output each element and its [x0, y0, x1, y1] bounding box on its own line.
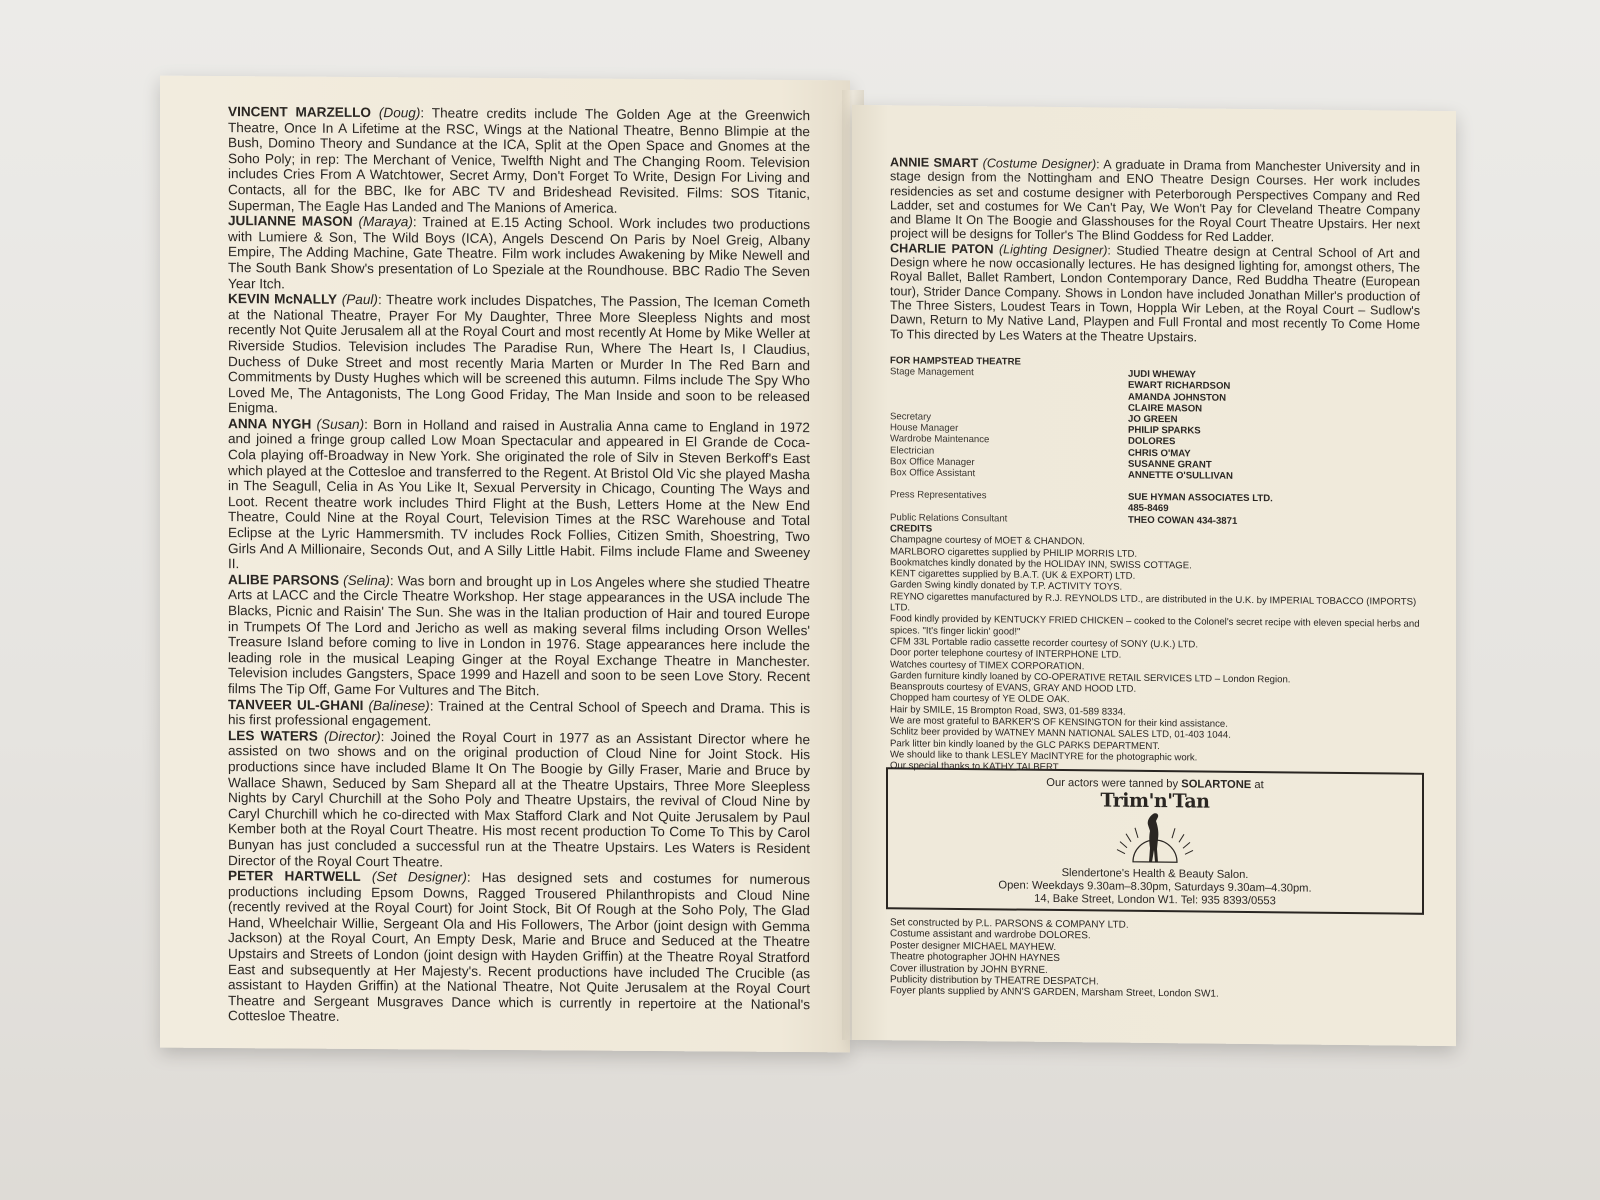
sunbather-sunrise-icon: [1115, 810, 1195, 865]
staff-name: THEO COWAN 434-3871: [1128, 514, 1237, 526]
bio-anna-nygh: ANNA NYGH (Susan): Born in Holland and r…: [228, 416, 810, 576]
bio-les-waters: LES WATERS (Director): Joined the Royal …: [228, 728, 810, 872]
cast-bios: VINCENT MARZELLO (Doug): Theatre credits…: [228, 104, 810, 1028]
bio-annie-smart: ANNIE SMART (Costume Designer): A gradua…: [890, 155, 1420, 246]
staff-name: JUDI WHEWAY: [1128, 369, 1196, 381]
credit-lines: Champagne courtesy of MOET & CHANDON.MAR…: [890, 535, 1420, 778]
bio-kevin-mcnally: KEVIN McNALLY (Paul): Theatre work inclu…: [228, 291, 810, 420]
bio-vincent-marzello: VINCENT MARZELLO (Doug): Theatre credits…: [228, 104, 810, 217]
bio-julianne-mason: JULIANNE MASON (Maraya): Trained at E.15…: [228, 213, 810, 295]
credits-list: CREDITS Champagne courtesy of MOET & CHA…: [890, 523, 1420, 777]
bio-charlie-paton: CHARLIE PATON (Lighting Designer): Studi…: [890, 241, 1420, 347]
footer-credits: Set constructed by P.L. PARSONS & COMPAN…: [890, 917, 1420, 1002]
bio-tanveer-ul-ghani: TANVEER UL-GHANI (Balinese): Trained at …: [228, 697, 810, 732]
left-page: VINCENT MARZELLO (Doug): Theatre credits…: [160, 76, 850, 1053]
right-page: ANNIE SMART (Costume Designer): A gradua…: [852, 105, 1456, 1046]
staff-name: CLAIRE MASON: [1128, 403, 1202, 415]
staff-name: PHILIP SPARKS: [1128, 425, 1201, 437]
staff-name: JO GREEN: [1128, 414, 1178, 426]
staff-name: ANNETTE O'SULLIVAN: [1128, 470, 1233, 482]
crew-bios: ANNIE SMART (Costume Designer): A gradua…: [890, 155, 1420, 346]
staff-name: 485-8469: [1128, 503, 1169, 515]
ad-brand: Trim'n'Tan: [888, 792, 1422, 811]
staff-name: DOLORES: [1128, 436, 1175, 448]
theatre-staff-list: FOR HAMPSTEAD THEATRE Stage ManagementJU…: [890, 355, 1420, 528]
bio-alibe-parsons: ALIBE PARSONS (Selina): Was born and bro…: [228, 572, 810, 701]
solartone-advert: Our actors were tanned by SOLARTONE at T…: [886, 767, 1424, 915]
staff-name: SUSANNE GRANT: [1128, 459, 1212, 471]
bio-peter-hartwell: PETER HARTWELL (Set Designer): Has desig…: [228, 868, 810, 1028]
staff-rows: Stage ManagementJUDI WHEWAYEWART RICHARD…: [890, 366, 1420, 528]
staff-name: CHRIS O'MAY: [1128, 447, 1191, 459]
